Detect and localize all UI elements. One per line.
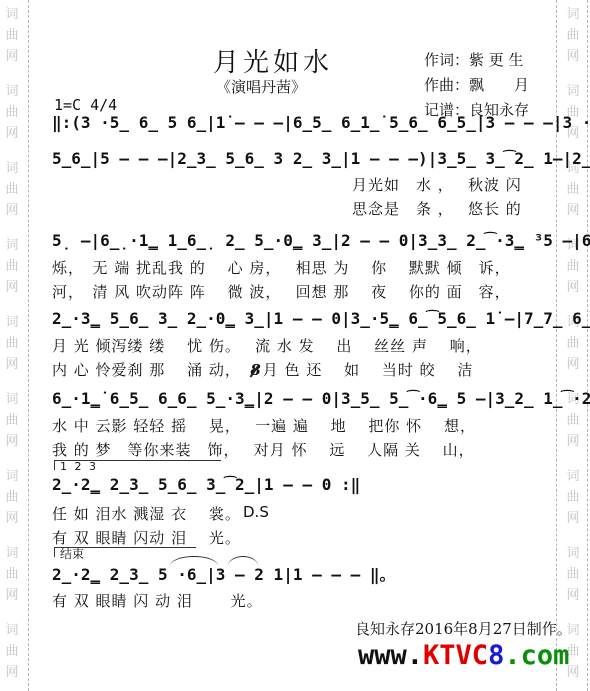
watermark-char: 网 bbox=[5, 508, 18, 529]
lyric-line-d-verse2-pre: 内 心 怜爱刹 那 涌 动， bbox=[52, 361, 249, 379]
watermark-char: 词 bbox=[5, 466, 18, 487]
watermark-group: 词曲网 bbox=[566, 543, 579, 606]
lyric-line-e-verse2: 我 的 梦 等你来装 饰， 对月 怀 远 人隔 关 山， bbox=[52, 439, 475, 460]
volta-label-ending: 结束 bbox=[55, 548, 84, 560]
watermark-char: 词 bbox=[5, 389, 18, 410]
right-inner-dashed-divider bbox=[556, 0, 557, 691]
watermark-group: 词曲网 bbox=[566, 466, 579, 529]
watermark-char: 网 bbox=[5, 662, 18, 683]
watermark-column-right: 词曲网词曲网词曲网词曲网词曲网词曲网词曲网词曲网词曲网 bbox=[564, 4, 582, 691]
watermark-group: 词曲网 bbox=[5, 620, 18, 683]
watermark-char: 网 bbox=[566, 200, 579, 221]
song-subtitle: 《演唱丹茜》 bbox=[216, 76, 306, 97]
watermark-group: 词曲网 bbox=[5, 235, 18, 298]
watermark-char: 网 bbox=[566, 508, 579, 529]
volta-label-123: 1 2 3 bbox=[55, 461, 98, 473]
credits-block: 作词：紫 更 生 作曲：飘 月 记谱：良知永存 bbox=[424, 48, 529, 123]
logo-eight-text: 8 bbox=[488, 640, 504, 671]
watermark-char: 曲 bbox=[566, 179, 579, 200]
watermark-char: 曲 bbox=[5, 256, 18, 277]
watermark-char: 曲 bbox=[5, 102, 18, 123]
watermark-char: 曲 bbox=[5, 641, 18, 662]
watermark-char: 网 bbox=[5, 431, 18, 452]
watermark-char: 网 bbox=[5, 277, 18, 298]
watermark-group: 词曲网 bbox=[566, 4, 579, 67]
music-line-b: 5̲6̲|5 – – –|2̲3̲ 5̲6̲ 3 2̲ 3̲|1 – – –)|… bbox=[52, 149, 590, 168]
watermark-char: 词 bbox=[566, 81, 579, 102]
lyric-line-b-verse2: 思念是 条 ， 悠长 的 bbox=[352, 198, 522, 219]
watermark-char: 网 bbox=[566, 46, 579, 67]
music-line-f: 2̲·2̳ 2̲3̲ 5̲6̲ 3̲͡2̲|1 – – 0 :‖ bbox=[52, 475, 360, 494]
lyric-line-d-verse2-post: 月 色 还 如 当时 皎 洁 bbox=[263, 361, 474, 379]
watermark-char: 词 bbox=[5, 312, 18, 333]
lyric-line-f-verse1: 任 如 泪水 溅湿 衣 裳。 bbox=[52, 503, 241, 524]
song-title: 月光如水 bbox=[213, 42, 333, 79]
watermark-char: 曲 bbox=[566, 487, 579, 508]
credit-composer: 作曲：飘 月 bbox=[424, 76, 529, 94]
lyric-line-e-verse1: 水 中 云影 轻轻 摇 晃， 一遍 遍 地 把你 怀 想， bbox=[52, 415, 476, 436]
lyric-line-f-verse2: 有 双 眼睛 闪动 泪 光。 bbox=[52, 527, 241, 548]
lyric-line-d-verse1: 月 光 倾泻缕 缕 忧 伤。 流 水 发 出 丝丝 声 响， bbox=[52, 335, 482, 356]
lyric-line-g-verse: 有 双 眼睛 闪 动 泪 光。 bbox=[52, 590, 263, 611]
watermark-char: 曲 bbox=[566, 564, 579, 585]
left-dashed-divider bbox=[28, 0, 29, 691]
lyric-line-c-verse2: 河， 清 风 吹动阵 阵 微 波， 回想 那 夜 你的 面 容， bbox=[52, 281, 511, 302]
watermark-char: 词 bbox=[566, 4, 579, 25]
watermark-char: 曲 bbox=[566, 25, 579, 46]
dal-segno-marking: D.S bbox=[243, 503, 269, 521]
watermark-group: 词曲网 bbox=[5, 158, 18, 221]
watermark-column-left: 词曲网词曲网词曲网词曲网词曲网词曲网词曲网词曲网词曲网 bbox=[3, 4, 21, 691]
watermark-char: 曲 bbox=[5, 564, 18, 585]
segno-icon: 8 bbox=[249, 361, 262, 379]
watermark-char: 曲 bbox=[5, 333, 18, 354]
watermark-char: 曲 bbox=[566, 256, 579, 277]
watermark-char: 词 bbox=[5, 4, 18, 25]
volta-bracket-123: 1 2 3 bbox=[54, 460, 221, 470]
watermark-char: 词 bbox=[5, 620, 18, 641]
volta-bracket-ending: 结束 bbox=[54, 547, 196, 557]
watermark-group: 词曲网 bbox=[5, 466, 18, 529]
sheet-music-page: 词曲网词曲网词曲网词曲网词曲网词曲网词曲网词曲网词曲网 词曲网词曲网词曲网词曲网… bbox=[0, 0, 590, 691]
watermark-char: 曲 bbox=[5, 487, 18, 508]
logo-com-text: .com bbox=[504, 640, 569, 671]
watermark-group: 词曲网 bbox=[5, 4, 18, 67]
watermark-char: 词 bbox=[5, 81, 18, 102]
right-outer-dashed-divider bbox=[587, 0, 588, 691]
music-line-d: 2̲·3̳ 5̲6̲ 3̲ 2̲·0̳ 3̲|1 – – 0|3̲·5̳ 6̲͡… bbox=[52, 309, 590, 328]
watermark-char: 网 bbox=[5, 46, 18, 67]
watermark-char: 词 bbox=[566, 466, 579, 487]
key-signature: 1=C 4/4 bbox=[54, 96, 117, 114]
watermark-char: 网 bbox=[566, 277, 579, 298]
lyric-line-c-verse1: 烁， 无 端 扰乱我 的 心 房， 相思 为 你 默默 倾 诉， bbox=[52, 257, 511, 278]
watermark-char: 网 bbox=[5, 123, 18, 144]
watermark-char: 曲 bbox=[5, 179, 18, 200]
watermark-char: 曲 bbox=[566, 410, 579, 431]
ktvc8-logo[interactable]: www.KTVC8.com bbox=[358, 640, 569, 671]
credit-lyricist: 作词：紫 更 生 bbox=[424, 51, 524, 69]
music-line-a: ‖:(3 ·5̲ 6̲ 5 6̲|1̇ – – –|6̲5̲ 6̲1̲̇ 5̲6… bbox=[52, 113, 590, 132]
watermark-group: 词曲网 bbox=[5, 81, 18, 144]
watermark-char: 词 bbox=[566, 543, 579, 564]
watermark-char: 词 bbox=[5, 543, 18, 564]
lyric-line-d-verse2: 内 心 怜爱刹 那 涌 动， 8月 色 还 如 当时 皎 洁 bbox=[52, 359, 473, 380]
maker-credit: 良知永存2016年8月27日制作。 bbox=[355, 618, 572, 639]
watermark-char: 网 bbox=[566, 431, 579, 452]
watermark-group: 词曲网 bbox=[5, 389, 18, 452]
logo-ktvc-text: KTVC bbox=[423, 640, 488, 671]
watermark-char: 网 bbox=[5, 354, 18, 375]
watermark-char: 网 bbox=[566, 585, 579, 606]
watermark-char: 词 bbox=[5, 158, 18, 179]
watermark-group: 词曲网 bbox=[5, 312, 18, 375]
music-line-c: 5̣ –|6̲̣·1̳ 1̲6̲̣ 2̲ 5̲·0̳ 3̲|2 – – 0|3̲… bbox=[52, 231, 590, 250]
watermark-char: 词 bbox=[5, 235, 18, 256]
watermark-char: 曲 bbox=[566, 333, 579, 354]
logo-www-text: www. bbox=[358, 640, 423, 671]
music-line-e: 6̲·1̳̇ 6̲5̲ 6̲6̲ 5̲·3̳|2 – – 0|3̲5̲ 5̲͡·… bbox=[52, 389, 590, 408]
watermark-char: 网 bbox=[5, 585, 18, 606]
watermark-char: 网 bbox=[566, 354, 579, 375]
watermark-char: 曲 bbox=[5, 25, 18, 46]
watermark-char: 网 bbox=[5, 200, 18, 221]
watermark-group: 词曲网 bbox=[5, 543, 18, 606]
lyric-line-b-verse1: 月光如 水 ， 秋波 闪 bbox=[352, 174, 522, 195]
music-line-g: 2̲·2̳ 2̲3̲ 5 ·6̲|3 – 2 1|1 – – – ‖。 bbox=[52, 562, 396, 585]
watermark-char: 曲 bbox=[5, 410, 18, 431]
